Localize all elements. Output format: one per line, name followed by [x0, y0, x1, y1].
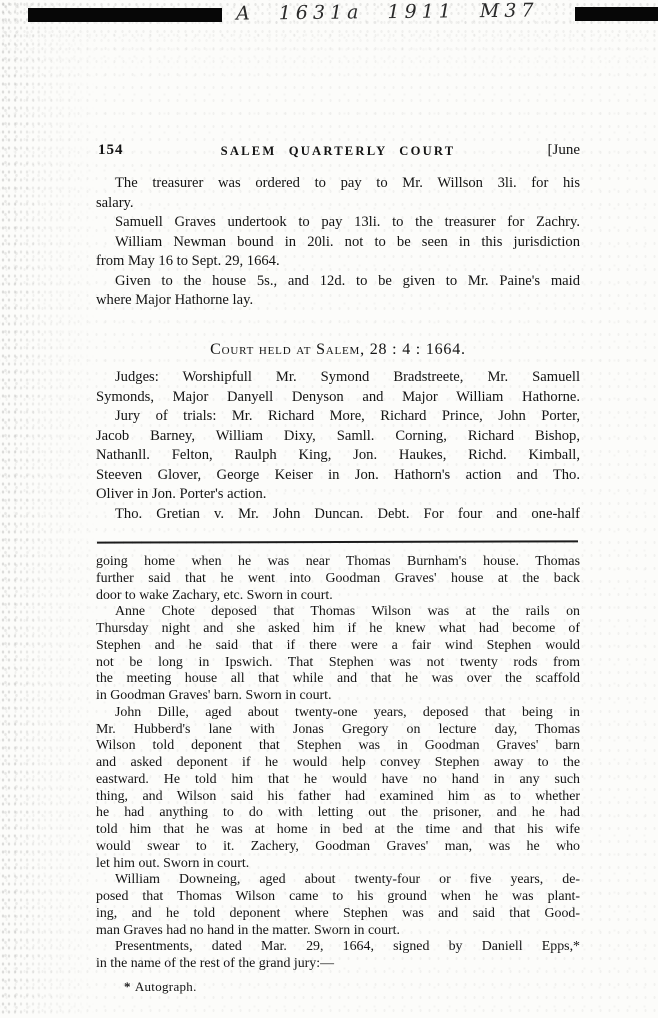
handwritten-call-number: A 1631a 1911 M37 — [236, 0, 556, 25]
paragraph: Tho. Gretian v. Mr. John Duncan. Debt. F… — [96, 505, 580, 525]
paragraph: John Dille, aged about twenty-one years,… — [96, 705, 580, 873]
text-line: Mr. Hubberd's lane with Jonas Gregory on… — [96, 722, 580, 739]
text-line: thing, and Wilson said his father had ex… — [96, 789, 580, 806]
court-record-block: Judges: Worshipfull Mr. Symond Bradstree… — [96, 368, 580, 524]
text-line: Presentments, dated Mar. 29, 1664, signe… — [96, 939, 580, 956]
footnote-autograph: *Autograph. — [124, 979, 197, 995]
scan-artifact-bar-left — [28, 8, 222, 22]
text-line: door to wake Zachary, etc. Sworn in cour… — [96, 588, 580, 605]
text-line: in the name of the rest of the grand jur… — [96, 956, 580, 973]
text-line: posed that Thomas Wilson came to his gro… — [96, 889, 580, 906]
text-line: going home when he was near Thomas Burnh… — [96, 554, 580, 571]
text-line: Jacob Barney, William Dixy, Samll. Corni… — [96, 427, 580, 447]
text-line: William Newman bound in 20li. not to be … — [96, 233, 580, 253]
text-line: John Dille, aged about twenty-one years,… — [96, 705, 580, 722]
text-line: man Graves had no hand in the matter. Sw… — [96, 923, 580, 940]
text-line: salary. — [96, 194, 580, 214]
text-line: from May 16 to Sept. 29, 1664. — [96, 252, 580, 272]
paragraph: going home when he was near Thomas Burnh… — [96, 554, 580, 604]
text-line: the meeting house all that while and tha… — [96, 671, 580, 688]
text-line: ing, and he told deponent where Stephen … — [96, 906, 580, 923]
footnote-text: Autograph. — [135, 979, 197, 994]
scan-noise-left-edge — [0, 0, 96, 1018]
footnote-separator-rule — [97, 540, 578, 543]
text-line: not be long in Ipswich. That Stephen was… — [96, 655, 580, 672]
footnote-asterisk: * — [124, 979, 131, 994]
text-line: and asked deponent if he would help conv… — [96, 755, 580, 772]
section-heading: Court held at Salem, 28 : 4 : 1664. — [96, 341, 580, 359]
text-line: would swear to it. Zachery, Goodman Grav… — [96, 839, 580, 856]
scanned-book-page: A 1631a 1911 M37 154 SALEM QUARTERLY COU… — [0, 0, 658, 1018]
text-line: The treasurer was ordered to pay to Mr. … — [96, 174, 580, 194]
text-line: Jury of trials: Mr. Richard More, Richar… — [96, 407, 580, 427]
text-line: Given to the house 5s., and 12d. to be g… — [96, 272, 580, 292]
paragraph: Anne Chote deposed that Thomas Wilson wa… — [96, 604, 580, 705]
paragraph: Samuell Graves undertook to pay 13li. to… — [96, 213, 580, 233]
paragraph: Judges: Worshipfull Mr. Symond Bradstree… — [96, 368, 580, 407]
paragraph: Presentments, dated Mar. 29, 1664, signe… — [96, 939, 580, 973]
text-line: further said that he went into Goodman G… — [96, 571, 580, 588]
text-line: in Goodman Graves' barn. Sworn in court. — [96, 688, 580, 705]
text-line: Nathanll. Felton, Raulph King, Jon. Hauk… — [96, 446, 580, 466]
text-line: where Major Hathorne lay. — [96, 291, 580, 311]
text-line: Thursday night and she asked him if he k… — [96, 621, 580, 638]
text-line: Anne Chote deposed that Thomas Wilson wa… — [96, 604, 580, 621]
paragraph: Jury of trials: Mr. Richard More, Richar… — [96, 407, 580, 505]
text-line: Stephen and he said that if there were a… — [96, 638, 580, 655]
text-line: let him out. Sworn in court. — [96, 856, 580, 873]
text-line: Judges: Worshipfull Mr. Symond Bradstree… — [96, 368, 580, 388]
paragraph: Given to the house 5s., and 12d. to be g… — [96, 272, 580, 311]
scan-artifact-bar-right — [575, 7, 658, 21]
text-line: Steeven Glover, George Keiser in Jon. Ha… — [96, 466, 580, 486]
text-line: Tho. Gretian v. Mr. John Duncan. Debt. F… — [96, 505, 580, 525]
running-title: SALEM QUARTERLY COURT — [96, 144, 580, 159]
text-line: he had anything to do with letting out t… — [96, 805, 580, 822]
text-line: eastward. He told him that he would have… — [96, 772, 580, 789]
paragraph: William Downeing, aged about twenty-four… — [96, 872, 580, 939]
text-line: William Downeing, aged about twenty-four… — [96, 872, 580, 889]
footnote-continuation-block: going home when he was near Thomas Burnh… — [96, 554, 580, 973]
paragraph: William Newman bound in 20li. not to be … — [96, 233, 580, 272]
text-line: Oliver in Jon. Porter's action. — [96, 485, 580, 505]
text-line: Samuell Graves undertook to pay 13li. to… — [96, 213, 580, 233]
text-line: Wilson told deponent that Stephen was in… — [96, 738, 580, 755]
text-line: Symonds, Major Danyell Denyson and Major… — [96, 388, 580, 408]
page-header: 154 SALEM QUARTERLY COURT [June — [96, 142, 580, 162]
month-marker: [June — [548, 142, 581, 159]
text-line: told him that he was at home in bed at t… — [96, 822, 580, 839]
paragraph: The treasurer was ordered to pay to Mr. … — [96, 174, 580, 213]
main-text-block: The treasurer was ordered to pay to Mr. … — [96, 174, 580, 311]
